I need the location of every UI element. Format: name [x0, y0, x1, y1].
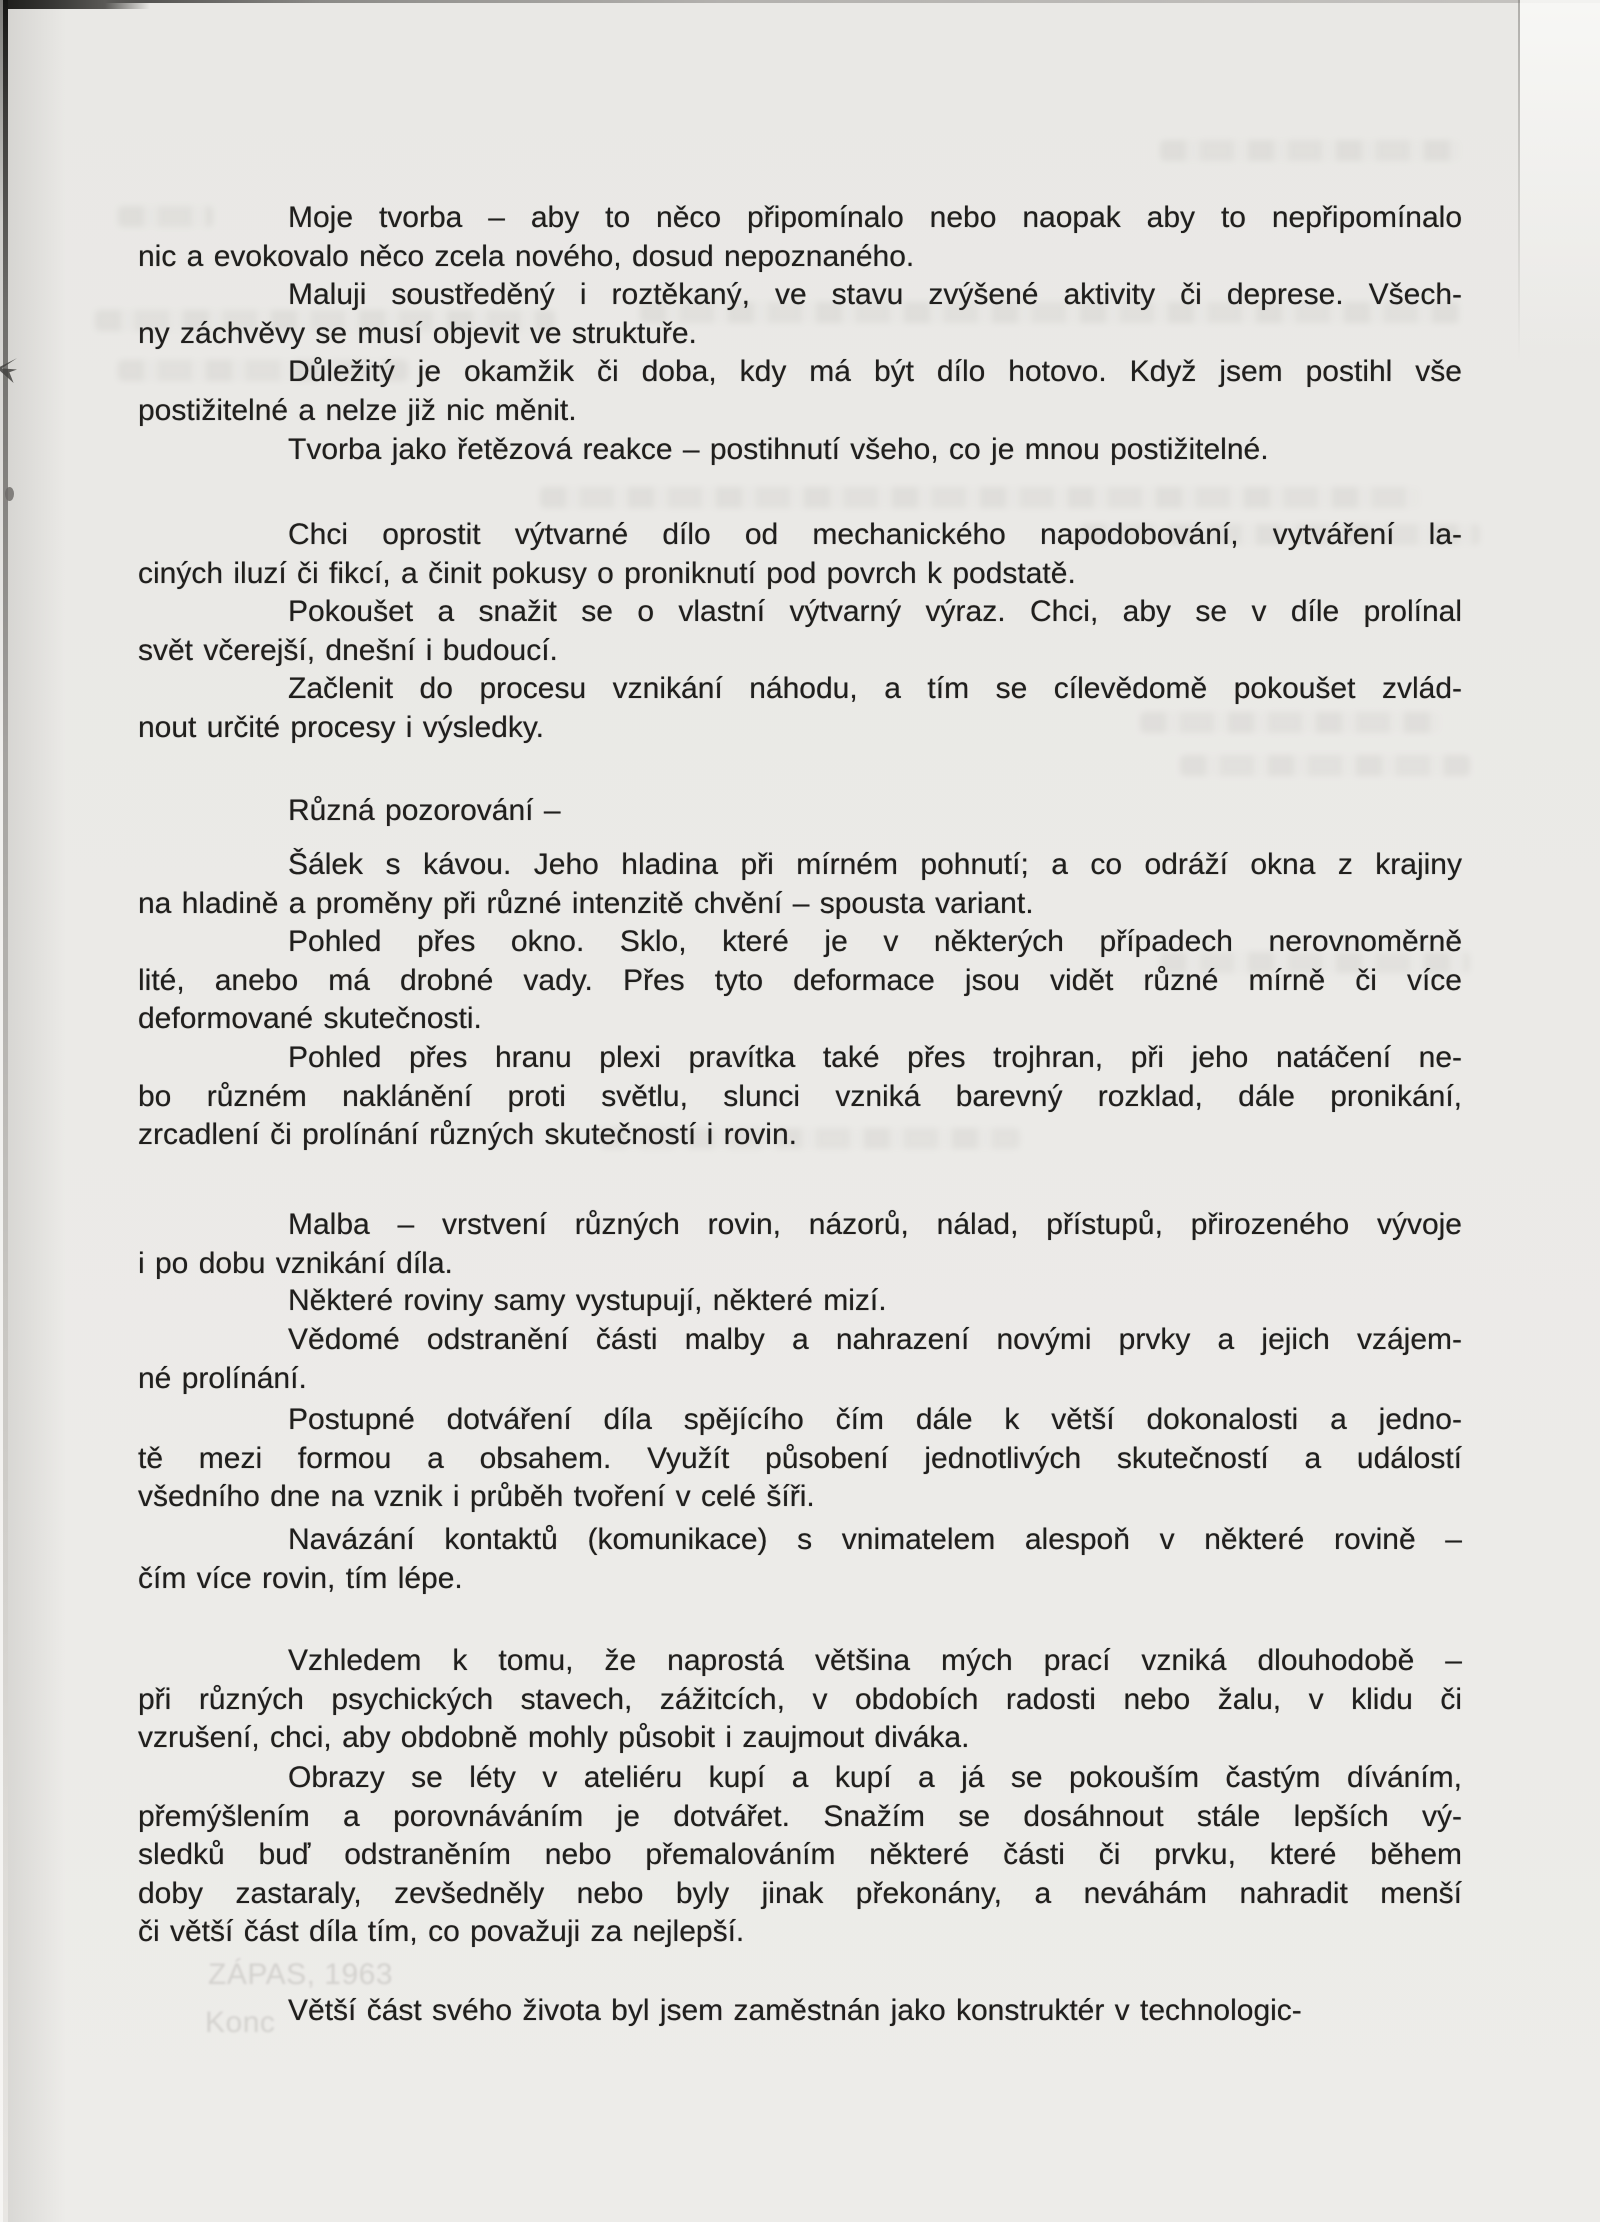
paragraph-block: Různá pozorování – [138, 792, 1462, 831]
paragraph-block: Větší část svého života byl jsem zaměstn… [138, 1992, 1462, 2031]
text-line: Vzhledem k tomu, že naprostá většina mýc… [138, 1642, 1462, 1681]
text-line: svět včerejší, dnešní i budoucí. [138, 632, 1462, 671]
text-line: Pohled přes okno. Sklo, které je v někte… [138, 923, 1462, 962]
text-line: Maluji soustředěný i roztěkaný, ve stavu… [138, 276, 1462, 315]
text-line: vzrušení, chci, aby obdobně mohly působi… [138, 1719, 1462, 1758]
text-line: ny záchvěvy se musí objevit ve struktuře… [138, 315, 1462, 354]
paragraph-block: Obrazy se léty v ateliéru kupí a kupí a … [138, 1759, 1462, 1952]
text-line: Pohled přes hranu plexi pravítka také př… [138, 1039, 1462, 1078]
text-line: i po dobu vznikání díla. [138, 1245, 1462, 1284]
text-line: Šálek s kávou. Jeho hladina při mírném p… [138, 846, 1462, 885]
paragraph-block: Vědomé odstranění části malby a nahrazen… [138, 1321, 1462, 1398]
text-line: přemýšlením a porovnáváním je dotvářet. … [138, 1798, 1462, 1837]
text-line: Obrazy se léty v ateliéru kupí a kupí a … [138, 1759, 1462, 1798]
text-line: Různá pozorování – [138, 792, 1462, 831]
paragraph-block: Některé roviny samy vystupují, některé m… [138, 1282, 1462, 1321]
paragraph-block: Šálek s kávou. Jeho hladina při mírném p… [138, 846, 1462, 1155]
text-line: lité, anebo má drobné vady. Přes tyto de… [138, 962, 1462, 1001]
text-line: Malba – vrstvení různých rovin, názorů, … [138, 1206, 1462, 1245]
text-line: nic a evokovalo něco zcela nového, dosud… [138, 238, 1462, 277]
text-line: Chci oprostit výtvarné dílo od mechanick… [138, 516, 1462, 555]
paragraph-block: Malba – vrstvení různých rovin, názorů, … [138, 1206, 1462, 1283]
text-line: nout určité procesy i výsledky. [138, 709, 1462, 748]
text-line: Moje tvorba – aby to něco připomínalo ne… [138, 199, 1462, 238]
text-line: Větší část svého života byl jsem zaměstn… [138, 1992, 1462, 2031]
text-line: Začlenit do procesu vznikání náhodu, a t… [138, 670, 1462, 709]
paragraph-block: Chci oprostit výtvarné dílo od mechanick… [138, 516, 1462, 748]
paragraph-block: Vzhledem k tomu, že naprostá většina mýc… [138, 1642, 1462, 1758]
text-line: ciných iluzí či fikcí, a činit pokusy o … [138, 555, 1462, 594]
text-line: deformované skutečnosti. [138, 1000, 1462, 1039]
paragraph-block: Moje tvorba – aby to něco připomínalo ne… [138, 199, 1462, 469]
text-line: na hladině a proměny při různé intenzitě… [138, 885, 1462, 924]
paragraph-block: Navázání kontaktů (komunikace) s vnimate… [138, 1521, 1462, 1598]
text-line: při různých psychických stavech, zážitcí… [138, 1681, 1462, 1720]
text-line: Postupné dotváření díla spějícího čím dá… [138, 1401, 1462, 1440]
text-line: postižitelné a nelze již nic měnit. [138, 392, 1462, 431]
text-line: doby zastaraly, zevšedněly nebo byly jin… [138, 1875, 1462, 1914]
text-line: Důležitý je okamžik či doba, kdy má být … [138, 353, 1462, 392]
text-line: Některé roviny samy vystupují, některé m… [138, 1282, 1462, 1321]
text-line: zrcadlení či prolínání různých skutečnos… [138, 1116, 1462, 1155]
text-line: bo různém naklánění proti světlu, slunci… [138, 1078, 1462, 1117]
text-line: všedního dne na vznik i průběh tvoření v… [138, 1478, 1462, 1517]
text-line: Vědomé odstranění části malby a nahrazen… [138, 1321, 1462, 1360]
paragraph-block: Postupné dotváření díla spějícího čím dá… [138, 1401, 1462, 1517]
page-text: Moje tvorba – aby to něco připomínalo ne… [0, 0, 1600, 2222]
text-line: Pokoušet a snažit se o vlastní výtvarný … [138, 593, 1462, 632]
text-line: tě mezi formou a obsahem. Využít působen… [138, 1440, 1462, 1479]
text-line: či větší část díla tím, co považuji za n… [138, 1913, 1462, 1952]
text-line: Tvorba jako řetězová reakce – postihnutí… [138, 431, 1462, 470]
text-line: Navázání kontaktů (komunikace) s vnimate… [138, 1521, 1462, 1560]
text-line: čím více rovin, tím lépe. [138, 1560, 1462, 1599]
text-line: né prolínání. [138, 1360, 1462, 1399]
text-line: sledků buď odstraněním nebo přemalováním… [138, 1836, 1462, 1875]
